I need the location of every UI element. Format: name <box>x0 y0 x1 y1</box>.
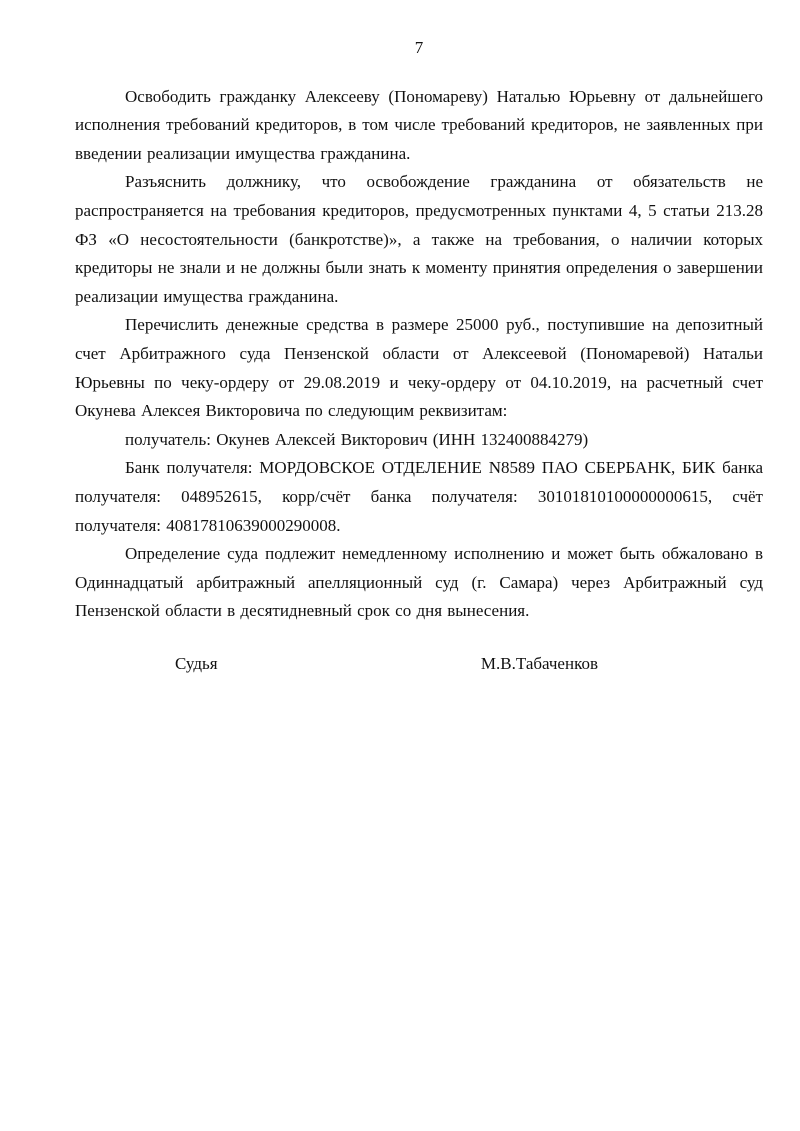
signature-name: М.В.Табаченков <box>481 650 598 679</box>
document-body: Освободить гражданку Алексееву (Пономаре… <box>75 83 763 626</box>
page-number: 7 <box>75 34 763 63</box>
paragraph-bank-details: Банк получателя: МОРДОВСКОЕ ОТДЕЛЕНИЕ N8… <box>75 454 763 540</box>
paragraph-appeal-terms: Определение суда подлежит немедленному и… <box>75 540 763 626</box>
paragraph-debtor-clarification: Разъяснить должнику, что освобождение гр… <box>75 168 763 311</box>
paragraph-recipient: получатель: Окунев Алексей Викторович (И… <box>75 426 763 455</box>
document-page: 7 Освободить гражданку Алексееву (Понома… <box>0 0 800 1131</box>
signature-row: Судья М.В.Табаченков <box>75 650 763 679</box>
paragraph-transfer-funds: Перечислить денежные средства в размере … <box>75 311 763 425</box>
signature-role: Судья <box>175 650 218 679</box>
paragraph-release-from-claims: Освободить гражданку Алексееву (Пономаре… <box>75 83 763 169</box>
